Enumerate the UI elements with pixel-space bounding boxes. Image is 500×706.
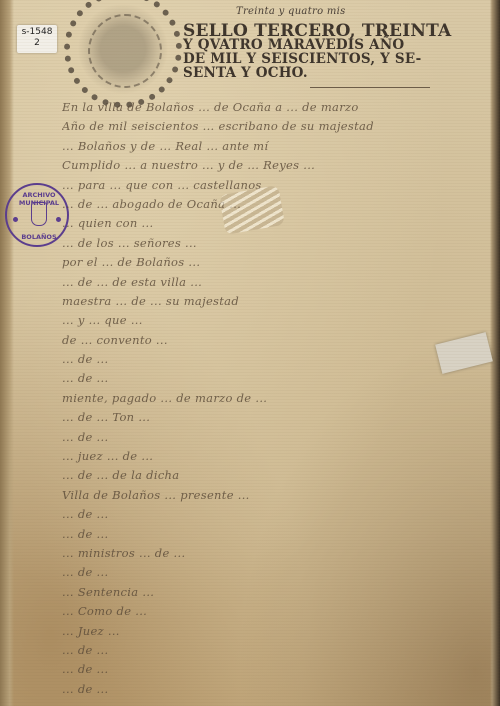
archive-stamp: ARCHIVO MUNICIPAL BOLAÑOS [5, 183, 69, 247]
manuscript-line: ... de ... Ton ... [62, 408, 472, 427]
catalog-label: s-1548 2 [17, 25, 57, 53]
manuscript-line: ... Como de ... [62, 602, 472, 621]
manuscript-line: ... de ... [62, 660, 472, 679]
manuscript-line: por el ... de Bolaños ... [62, 253, 472, 272]
manuscript-line: ... juez ... de ... [62, 447, 472, 466]
manuscript-line: maestra ... de ... su majestad [62, 292, 472, 311]
archive-stamp-bottom: BOLAÑOS [11, 233, 67, 241]
manuscript-line: ... de ... de esta villa ... [62, 273, 472, 292]
manuscript-line: ... de ... [62, 641, 472, 660]
manuscript-line: ... de ... [62, 350, 472, 369]
seal-line-4: SENTA Y OCHO. [183, 66, 443, 80]
manuscript-line: ... de ... de la dicha [62, 466, 472, 485]
royal-seal-emblem [64, 0, 182, 108]
manuscript-line: ... de ... [62, 563, 472, 582]
manuscript-line: miente, pagado ... de marzo de ... [62, 389, 472, 408]
stamp-seal-text: SELLO TERCERO, TREINTA Y QVATRO MARAVEDI… [183, 24, 443, 80]
catalog-number: s-1548 [17, 27, 57, 38]
page-left-edge [0, 0, 14, 706]
manuscript-line: Cumplido ... a nuestro ... y de ... Reye… [62, 156, 472, 175]
seal-coat-of-arms-icon [88, 14, 162, 88]
seal-line-3: DE MIL Y SEISCIENTOS, Y SE- [183, 52, 443, 66]
catalog-sub-number: 2 [17, 38, 57, 49]
manuscript-line: Villa de Bolaños ... presente ... [62, 486, 472, 505]
shield-icon [31, 202, 47, 226]
manuscript-line: ... de ... [62, 525, 472, 544]
manuscript-line: ... Sentencia ... [62, 583, 472, 602]
seal-line-2: Y QVATRO MARAVEDIS AÑO [183, 38, 443, 52]
manuscript-line: ... ministros ... de ... [62, 544, 472, 563]
dot-icon [56, 217, 61, 222]
manuscript-line: En la villa de Bolaños ... de Ocaña a ..… [62, 98, 472, 117]
manuscript-line: ... de ... [62, 680, 472, 699]
manuscript-line: ... y ... que ... [62, 311, 472, 330]
seal-line-1: SELLO TERCERO, TREINTA [183, 24, 443, 38]
dot-icon [13, 217, 18, 222]
manuscript-line: ... de los ... señores ... [62, 234, 472, 253]
seal-divider [310, 87, 430, 88]
manuscript-line: ... de ... [62, 505, 472, 524]
manuscript-line: ... de ... [62, 428, 472, 447]
manuscript-line: de ... convento ... [62, 331, 472, 350]
manuscript-line: Año de mil seiscientos ... escribano de … [62, 117, 472, 136]
seal-header-text: Treinta y quatro mis [236, 6, 346, 17]
manuscript-line: ... de ... [62, 369, 472, 388]
manuscript-line: ... Juez ... [62, 622, 472, 641]
document-page: s-1548 2 Treinta y quatro mis SELLO TERC… [0, 0, 500, 706]
manuscript-line: ... Bolaños y de ... Real ... ante mí [62, 137, 472, 156]
page-right-edge [490, 0, 500, 706]
